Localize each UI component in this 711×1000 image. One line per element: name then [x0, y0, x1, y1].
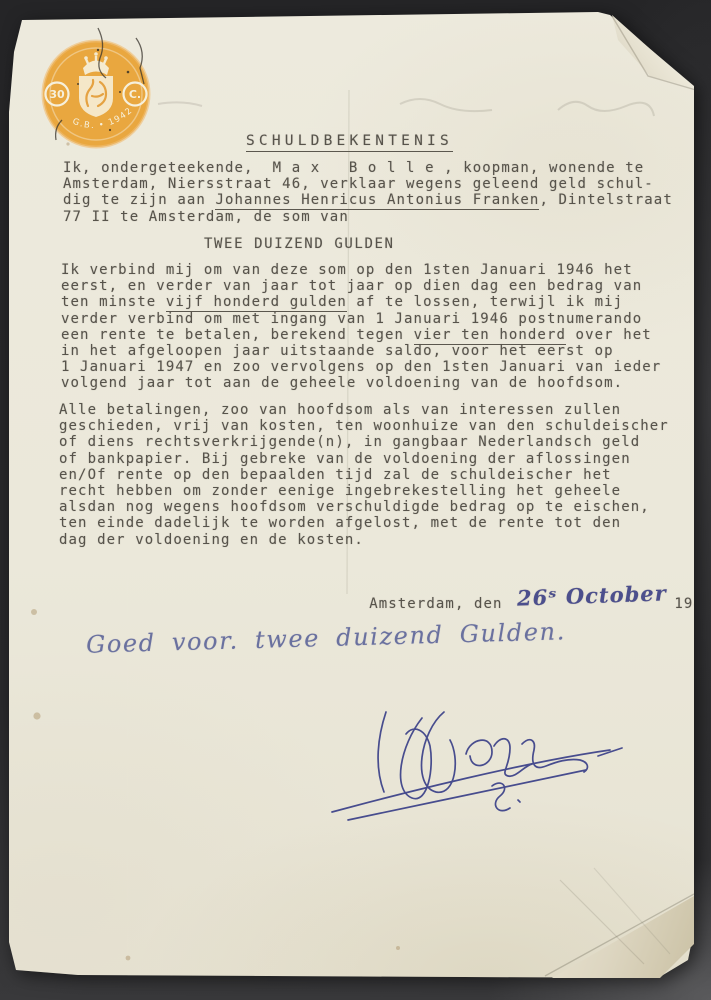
typed-line: verder verbind om met ingang van 1 Janua… [61, 311, 661, 327]
typed-line: Alle betalingen, zoo van hoofdsom als va… [59, 402, 669, 418]
amount-heading: TWEE DUIZEND GULDEN [204, 236, 395, 252]
typed-line: recht hebben om zonder eenige ingebrekes… [59, 483, 669, 499]
dateline-year: 1944. [674, 596, 711, 612]
handwritten-note: Goed voor. twee duizend Gulden. [86, 617, 567, 658]
typed-line: 1 Januari 1947 en zoo vervolgens op den … [61, 359, 661, 375]
typed-line: Amsterdam, Niersstraat 46, verklaar wege… [63, 176, 673, 192]
handwritten-date: 26ˢ October [516, 580, 667, 610]
dateline-prefix: Amsterdam, den [369, 596, 502, 612]
typed-line: 77 II te Amsterdam, de som van [63, 209, 673, 225]
typed-line: in het afgeloopen jaar uitstaande saldo,… [61, 343, 661, 359]
thread-marks [56, 28, 144, 140]
paragraph-repayment: Ik verbind mij om van deze som op den 1s… [61, 262, 661, 392]
revenue-stamp: 30 C. G.B. • 1942 [36, 34, 156, 154]
stamp-crown [83, 52, 109, 75]
typed-line: dag der voldoening en de kosten. [59, 532, 669, 548]
typed-line: Ik verbind mij om van deze som op den 1s… [61, 262, 661, 278]
stamp-denomination: 30 C. [46, 83, 147, 106]
stamp-circle [43, 41, 149, 147]
typed-line: ten einde dadelijk te worden afgelost, m… [59, 515, 669, 531]
paragraph-payment-terms: Alle betalingen, zoo van hoofdsom als va… [59, 402, 669, 548]
typed-line: of bankpapier. Bij gebreke van de voldoe… [59, 451, 669, 467]
document-page: 30 C. G.B. • 1942 SCHULDBEKENTENIS [8, 12, 694, 978]
typed-line: en/Of rente op den bepaalden tijd zal de… [59, 467, 669, 483]
stamp-coat-of-arms [79, 76, 113, 117]
stamp-specks [77, 49, 129, 131]
signature [326, 704, 636, 829]
document-title: SCHULDBEKENTENIS [246, 133, 453, 152]
paper-sheet: 30 C. G.B. • 1942 SCHULDBEKENTENIS [8, 12, 694, 978]
stamp-year-text: G.B. • 1942 [71, 106, 135, 132]
paragraph-debtor: Ik, ondergeteekende, M a x B o l l e , k… [63, 160, 673, 225]
svg-text:30: 30 [49, 88, 65, 101]
scanned-document-photo: { "palette": { "backdrop": "#29292b", "p… [0, 0, 711, 1000]
typed-line: Ik, ondergeteekende, M a x B o l l e , k… [63, 160, 673, 176]
typed-line: of diens rechtsverkrijgende(n), in gangb… [59, 434, 669, 450]
typed-line: volgend jaar tot aan de geheele voldoeni… [61, 375, 661, 391]
typed-line: alsdan nog wegens hoofdsom verschuldigde… [59, 499, 669, 515]
typed-line: dig te zijn aan Johannes Henricus Antoni… [63, 192, 673, 208]
typed-line: geschieden, vrij van kosten, ten woonhui… [59, 418, 669, 434]
typed-line: ten minste vijf honderd gulden af te los… [61, 294, 661, 310]
svg-text:C.: C. [129, 88, 141, 101]
typed-line: eerst, en verder van jaar tot jaar op di… [61, 278, 661, 294]
typed-line: een rente te betalen, berekend tegen vie… [61, 327, 661, 343]
